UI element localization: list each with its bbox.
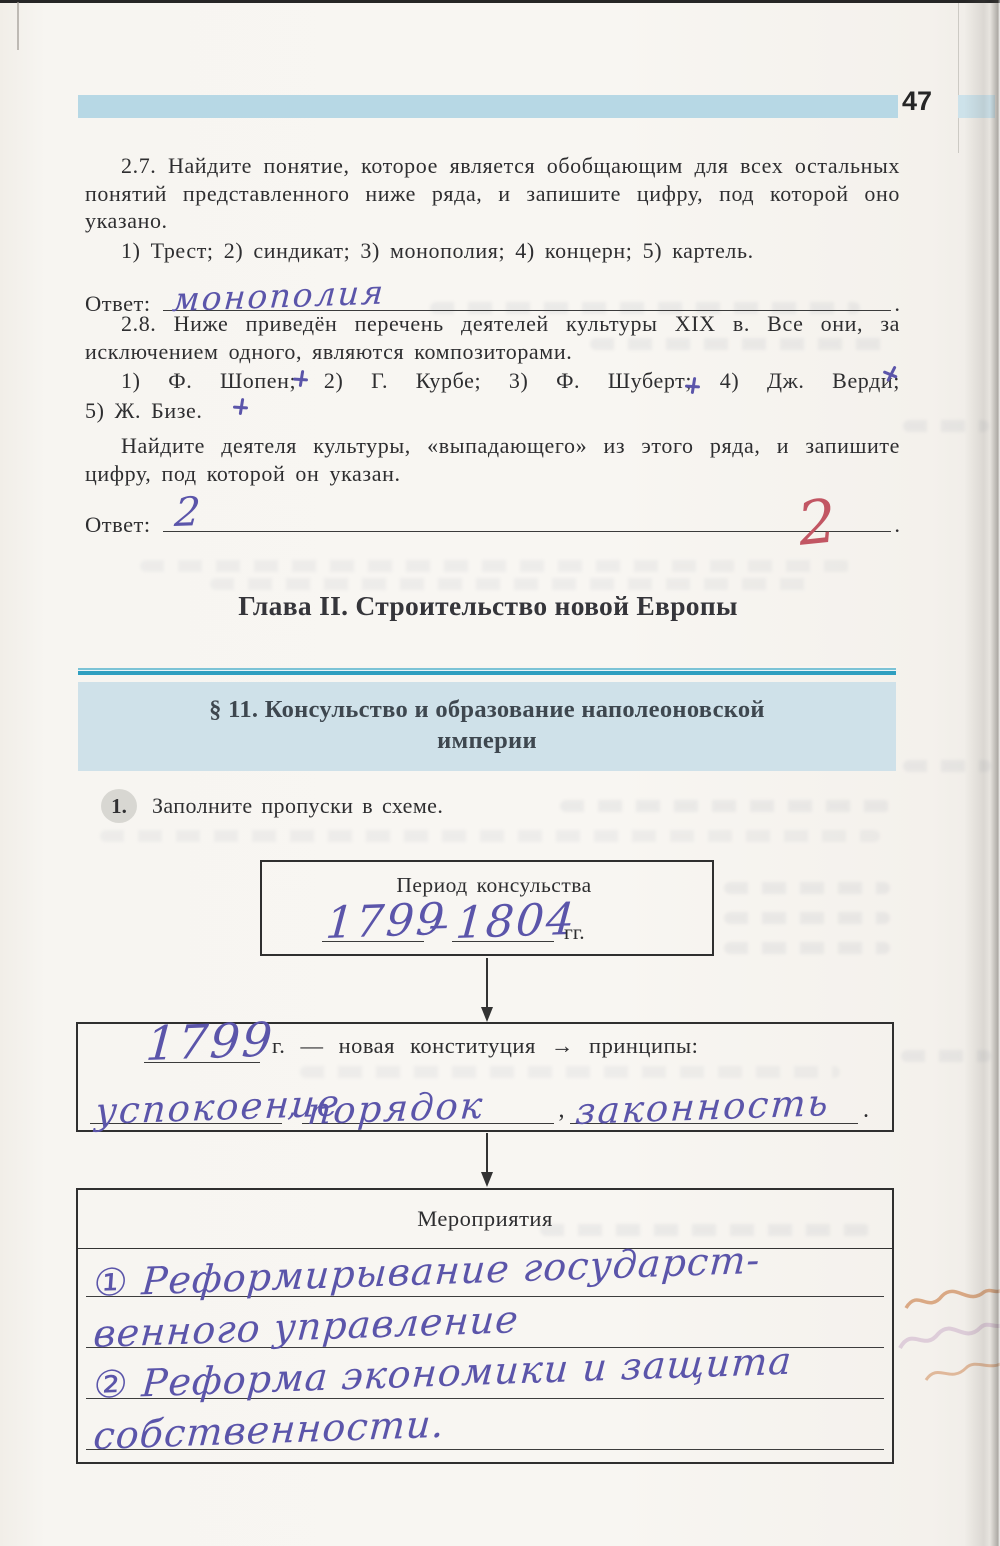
page-edge-shadow <box>964 0 1000 1546</box>
answer-label: Ответ: <box>85 291 151 317</box>
section-title-line1: § 11. Консульство и образование наполеон… <box>78 694 896 725</box>
handwritten-answer-2: 2 <box>173 489 204 536</box>
section-title-line2: империи <box>78 725 896 756</box>
fill-in-blank: 1799 <box>322 911 424 942</box>
section-banner: § 11. Консульство и образование наполеон… <box>78 682 896 771</box>
task-1-text: Заполните пропуски в схеме. <box>152 793 443 819</box>
header-band <box>78 95 898 118</box>
fill-in-blank: успокоение <box>90 1073 282 1124</box>
ruled-line: ① Реформирывание государст- <box>86 1250 884 1297</box>
flow-arrow-down-icon <box>478 1133 496 1187</box>
years-suffix: гг. <box>564 920 585 945</box>
task-2-7-options: 1) Трест; 2) синдикат; 3) монополия; 4) … <box>85 237 900 265</box>
task-2-8-prompt: Найдите деятеля культуры, «выпадающего» … <box>85 432 900 487</box>
answer-blank-line: 2 2 <box>163 497 892 532</box>
ruled-line: собственности. <box>86 1399 884 1450</box>
page-number: 47 <box>902 86 956 117</box>
task-2-8-options: 1) Ф. Шопен; 2) Г. Курбе; 3) Ф. Шуберт; … <box>85 367 900 424</box>
box2-principles-row: успокоение , порядок , законность . <box>90 1074 874 1124</box>
handwritten-measure-line4: собственности. <box>92 1402 446 1458</box>
fill-in-blank: порядок <box>302 1073 554 1124</box>
box3-writing-lines: ① Реформирывание государст- венного упра… <box>86 1250 884 1450</box>
pen-mark-icon <box>293 370 308 387</box>
bleed-through-artifact <box>560 800 890 812</box>
scheme-box-measures: Мероприятия ① Реформирывание государст- … <box>76 1188 894 1464</box>
bleed-through-artifact <box>140 560 850 572</box>
handwritten-dash: – <box>427 901 452 948</box>
line-end-period: . <box>894 291 900 317</box>
scheme-box-constitution: 1799 г. — новая конституция → принципы: … <box>76 1022 894 1132</box>
task-2-7-body: 2.7. Найдите понятие, которое является о… <box>85 152 900 235</box>
scan-left-edge <box>17 2 19 50</box>
box3-title: Мероприятия <box>78 1190 892 1249</box>
fill-in-blank: законность <box>570 1073 858 1124</box>
scan-top-edge <box>0 0 1000 3</box>
fill-in-blank: 1799 <box>144 1026 260 1063</box>
box1-years-row: 1799 – 1804 гг. <box>322 896 712 942</box>
task-number-badge: 1. <box>101 789 137 823</box>
box1-title: Период консульства <box>276 873 712 898</box>
line-end-period: . <box>863 1097 869 1124</box>
chapter-title: Глава II. Строительство новой Европы <box>78 590 898 622</box>
handwritten-answer-monopoly: монополия <box>171 273 386 319</box>
section-divider-rule <box>78 666 896 675</box>
handwritten-measure-line3: ② Реформа экономики и защита <box>92 1339 794 1407</box>
scheme-box-consulate-period: Период консульства 1799 – 1804 гг. <box>260 860 714 956</box>
line-end-period: . <box>894 512 900 538</box>
bleed-through-artifact <box>100 830 880 842</box>
answer-label: Ответ: <box>85 512 151 538</box>
fill-in-blank: 1804 <box>452 911 554 942</box>
workbook-page: 47 2.7. Найдите понятие, которое являетс… <box>0 0 1000 1546</box>
bleed-through-artifact <box>210 578 810 590</box>
box2-printed-text: г. — новая конституция → принципы: <box>272 1033 698 1059</box>
teacher-red-mark: 2 <box>794 486 839 560</box>
flow-arrow-down-icon <box>478 958 496 1022</box>
text-column: 2.7. Найдите понятие, которое является о… <box>85 152 900 531</box>
handwritten-principle-2: порядок <box>306 1084 486 1133</box>
answer-blank-line: монополия <box>163 280 892 311</box>
box2-line1: 1799 г. — новая конституция → принципы: <box>144 1026 698 1063</box>
pen-mark-icon <box>233 398 248 415</box>
bleed-through-artifact <box>724 942 890 954</box>
handwritten-year-1799: 1799 <box>144 1013 276 1072</box>
printed-comma: , <box>559 1097 565 1124</box>
task-2-8-options-line2: 5) Ж. Бизе. <box>85 397 900 425</box>
ruled-line: ② Реформа экономики и защита <box>86 1348 884 1399</box>
task-1-row: 1. Заполните пропуски в схеме. <box>101 789 443 823</box>
bleed-through-artifact <box>724 912 890 924</box>
handwritten-principle-3: законность <box>574 1081 831 1133</box>
answer-row-2-7: Ответ: монополия . <box>85 280 900 310</box>
task-2-8-body: 2.8. Ниже приведён перечень деятелей кул… <box>85 310 900 365</box>
task-2-8-options-line1: 1) Ф. Шопен; 2) Г. Курбе; 3) Ф. Шуберт; … <box>85 367 900 395</box>
bleed-through-artifact <box>724 882 890 894</box>
answer-row-2-8: Ответ: 2 2 . <box>85 497 900 531</box>
pen-mark-icon <box>685 377 700 394</box>
page-crease <box>958 3 959 153</box>
handwritten-year-end: 1804 <box>454 894 578 949</box>
